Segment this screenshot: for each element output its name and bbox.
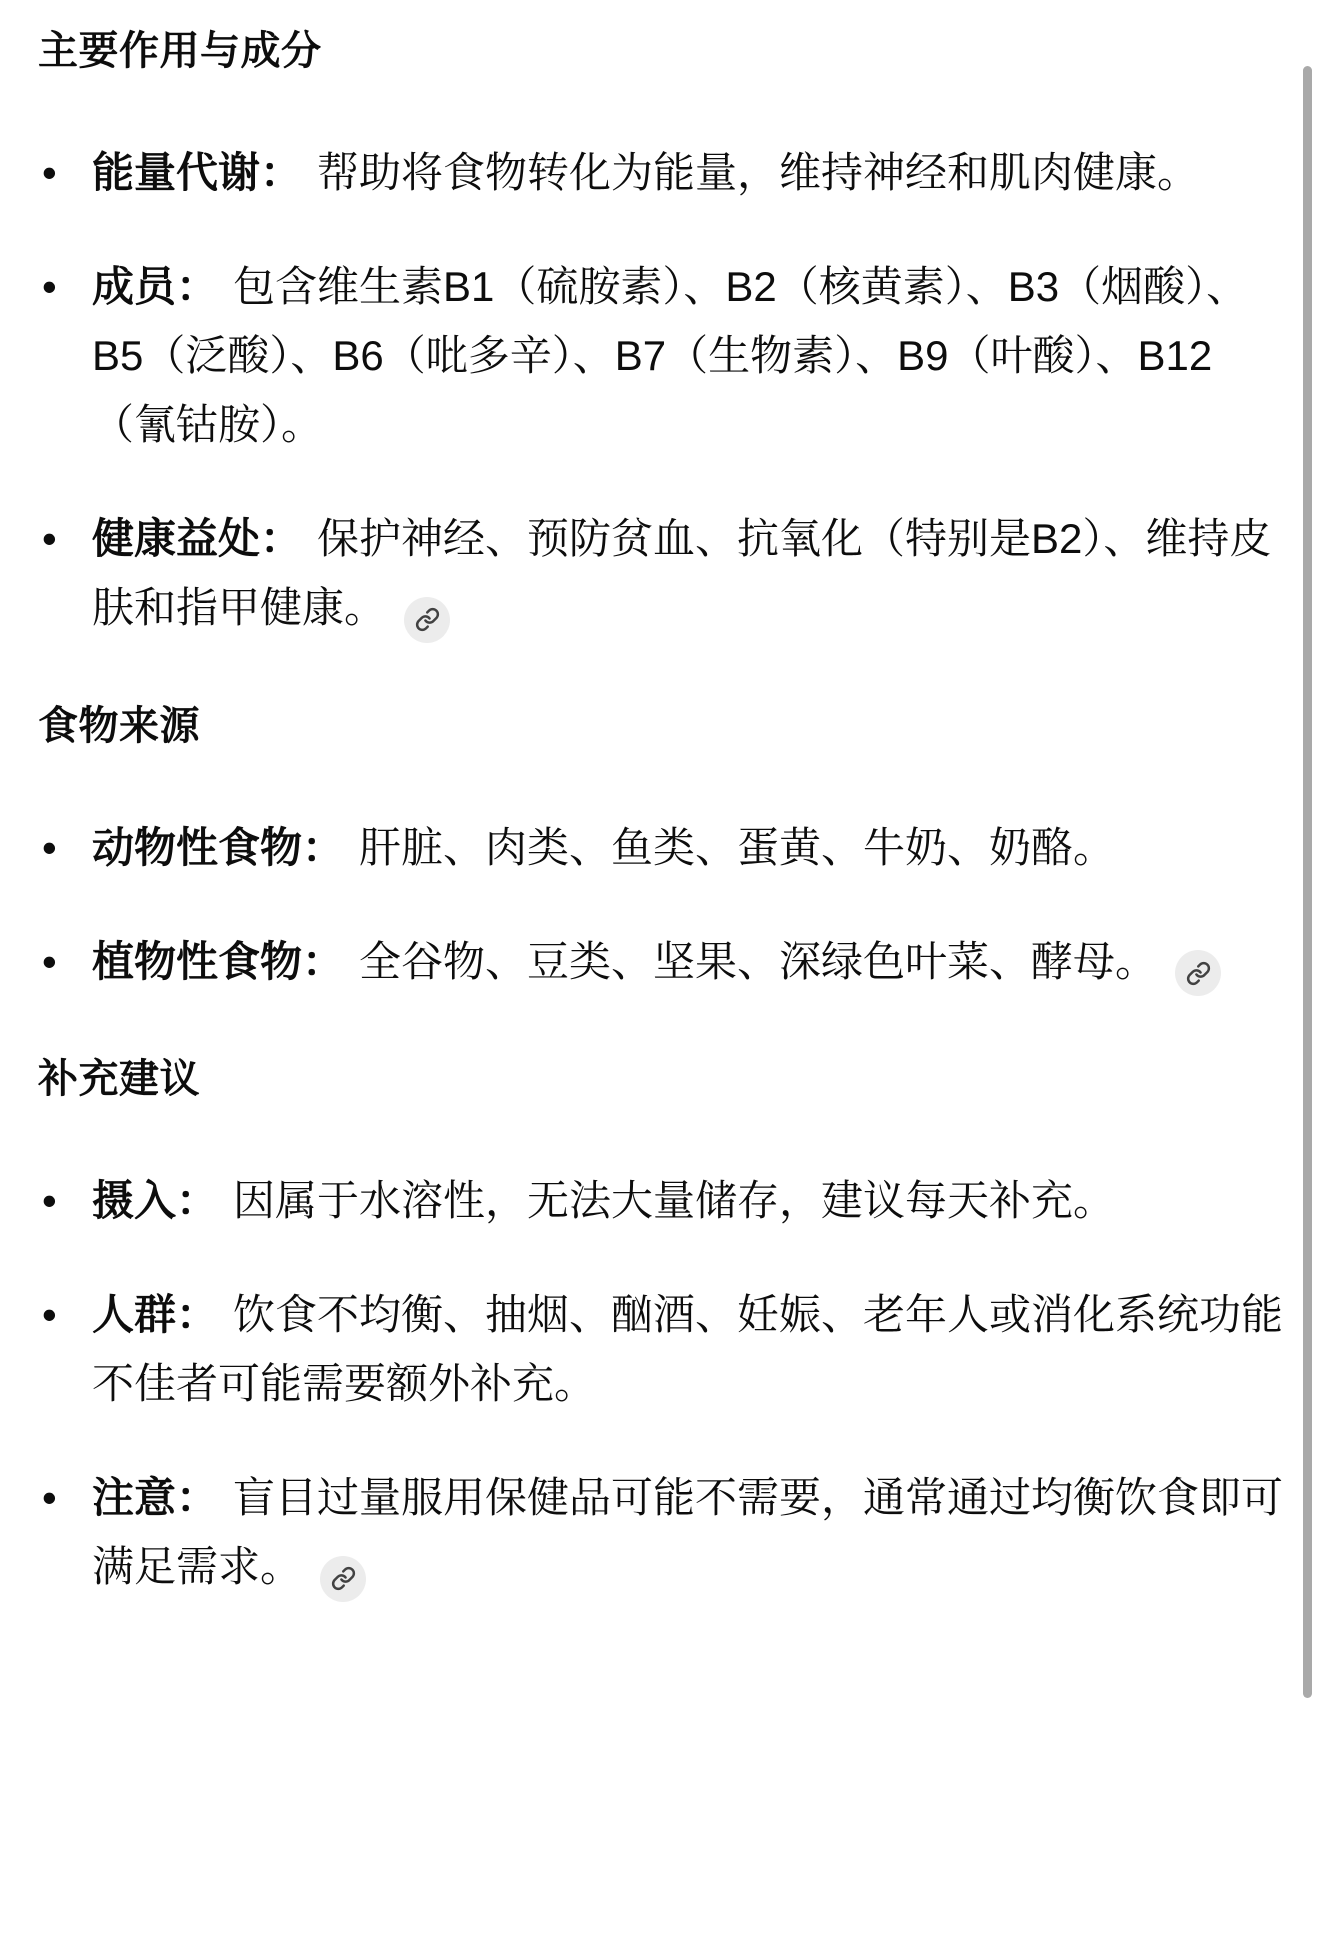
item-label: 能量代谢： — [92, 149, 302, 196]
chat-response-body: 主要作用与成分 能量代谢：帮助将食物转化为能量，维持神经和肌肉健康。 成员：包含… — [0, 0, 1320, 1642]
bullet-icon — [38, 813, 92, 882]
list-item: 人群：饮食不均衡、抽烟、酗酒、妊娠、老年人或消化系统功能不佳者可能需要额外补充。 — [38, 1280, 1286, 1418]
list-item: 动物性食物：肝脏、肉类、鱼类、蛋黄、牛奶、奶酪。 — [38, 813, 1286, 882]
list-item-text: 注意：盲目过量服用保健品可能不需要，通常通过均衡饮食即可满足需求。 — [92, 1463, 1286, 1602]
list-item: 成员：包含维生素B1（硫胺素）、B2（核黄素）、B3（烟酸）、B5（泛酸）、B6… — [38, 252, 1286, 459]
bullet-list: 动物性食物：肝脏、肉类、鱼类、蛋黄、牛奶、奶酪。 植物性食物：全谷物、豆类、坚果… — [38, 813, 1286, 997]
bullet-list: 能量代谢：帮助将食物转化为能量，维持神经和肌肉健康。 成员：包含维生素B1（硫胺… — [38, 138, 1286, 643]
bullet-list: 摄入：因属于水溶性，无法大量储存，建议每天补充。 人群：饮食不均衡、抽烟、酗酒、… — [38, 1166, 1286, 1602]
list-item-text: 人群：饮食不均衡、抽烟、酗酒、妊娠、老年人或消化系统功能不佳者可能需要额外补充。 — [92, 1280, 1286, 1418]
list-item-text: 成员：包含维生素B1（硫胺素）、B2（核黄素）、B3（烟酸）、B5（泛酸）、B6… — [92, 252, 1286, 459]
bullet-icon — [38, 252, 92, 321]
item-body: 全谷物、豆类、坚果、深绿色叶菜、酵母。 — [359, 938, 1157, 985]
section-supplement-advice: 补充建议 摄入：因属于水溶性，无法大量储存，建议每天补充。 人群：饮食不均衡、抽… — [38, 1054, 1286, 1602]
item-label: 健康益处： — [92, 515, 302, 562]
list-item: 健康益处：保护神经、预防贫血、抗氧化（特别是B2）、维持皮肤和指甲健康。 — [38, 504, 1286, 643]
list-item: 注意：盲目过量服用保健品可能不需要，通常通过均衡饮食即可满足需求。 — [38, 1463, 1286, 1602]
citation-link-button[interactable] — [320, 1556, 366, 1602]
citation-link-button[interactable] — [404, 597, 450, 643]
item-body: 肝脏、肉类、鱼类、蛋黄、牛奶、奶酪。 — [359, 824, 1115, 871]
section-heading: 补充建议 — [38, 1054, 1286, 1104]
bullet-icon — [38, 1463, 92, 1532]
list-item-text: 植物性食物：全谷物、豆类、坚果、深绿色叶菜、酵母。 — [92, 927, 1286, 997]
section-heading: 主要作用与成分 — [38, 26, 1286, 76]
item-body: 盲目过量服用保健品可能不需要，通常通过均衡饮食即可满足需求。 — [92, 1474, 1283, 1590]
bullet-icon — [38, 138, 92, 207]
item-label: 植物性食物： — [92, 938, 344, 985]
scrollbar-thumb[interactable] — [1303, 66, 1312, 1698]
citation-link-button[interactable] — [1175, 950, 1221, 996]
section-main-effects: 主要作用与成分 能量代谢：帮助将食物转化为能量，维持神经和肌肉健康。 成员：包含… — [38, 26, 1286, 643]
list-item-text: 健康益处：保护神经、预防贫血、抗氧化（特别是B2）、维持皮肤和指甲健康。 — [92, 504, 1286, 643]
section-heading: 食物来源 — [38, 701, 1286, 751]
link-icon — [415, 607, 440, 632]
item-body: 包含维生素B1（硫胺素）、B2（核黄素）、B3（烟酸）、B5（泛酸）、B6（吡多… — [92, 263, 1248, 448]
link-icon — [331, 1566, 356, 1591]
item-label: 动物性食物： — [92, 824, 344, 871]
item-body: 因属于水溶性，无法大量储存，建议每天补充。 — [233, 1177, 1115, 1224]
list-item-text: 能量代谢：帮助将食物转化为能量，维持神经和肌肉健康。 — [92, 138, 1286, 207]
link-icon — [1186, 961, 1211, 986]
item-label: 人群： — [92, 1291, 218, 1338]
item-label: 注意： — [92, 1474, 218, 1521]
section-food-sources: 食物来源 动物性食物：肝脏、肉类、鱼类、蛋黄、牛奶、奶酪。 植物性食物：全谷物、… — [38, 701, 1286, 997]
bullet-icon — [38, 504, 92, 573]
list-item: 能量代谢：帮助将食物转化为能量，维持神经和肌肉健康。 — [38, 138, 1286, 207]
list-item: 植物性食物：全谷物、豆类、坚果、深绿色叶菜、酵母。 — [38, 927, 1286, 997]
bullet-icon — [38, 1166, 92, 1235]
item-label: 摄入： — [92, 1177, 218, 1224]
list-item: 摄入：因属于水溶性，无法大量储存，建议每天补充。 — [38, 1166, 1286, 1235]
list-item-text: 摄入：因属于水溶性，无法大量储存，建议每天补充。 — [92, 1166, 1286, 1235]
bullet-icon — [38, 927, 92, 996]
list-item-text: 动物性食物：肝脏、肉类、鱼类、蛋黄、牛奶、奶酪。 — [92, 813, 1286, 882]
item-label: 成员： — [92, 263, 218, 310]
item-body: 饮食不均衡、抽烟、酗酒、妊娠、老年人或消化系统功能不佳者可能需要额外补充。 — [92, 1291, 1283, 1407]
item-body: 帮助将食物转化为能量，维持神经和肌肉健康。 — [317, 149, 1199, 196]
bullet-icon — [38, 1280, 92, 1349]
